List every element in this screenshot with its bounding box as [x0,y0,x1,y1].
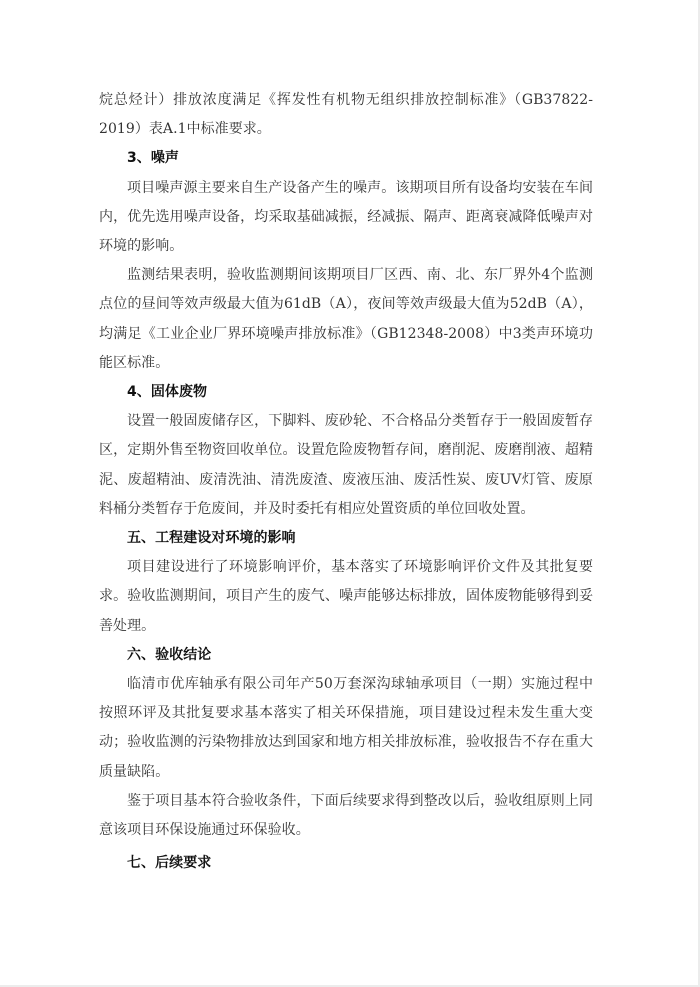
heading-follow-up-requirements: 七、后续要求 [99,849,593,878]
paragraph-noise-source: 项目噪声源主要来自生产设备产生的噪声。该期项目所有设备均安装在车间内，优先选用噪… [99,174,593,262]
paragraph-environmental-impact: 项目建设进行了环境影响评价，基本落实了环境影响评价文件及其批复要求。验收监测期间… [99,553,593,641]
document-page: 烷总烃计）排放浓度满足《挥发性有机物无组织排放控制标准》（GB37822-201… [0,0,700,987]
paragraph-voc-standard: 烷总烃计）排放浓度满足《挥发性有机物无组织排放控制标准》（GB37822-201… [99,86,593,144]
paragraph-acceptance-conclusion: 临清市优库轴承有限公司年产50万套深沟球轴承项目（一期）实施过程中按照环评及其批… [99,670,593,787]
paragraph-noise-monitoring: 监测结果表明，验收监测期间该期项目厂区西、南、北、东厂界外4个监测点位的昼间等效… [99,261,593,378]
heading-environmental-impact: 五、工程建设对环境的影响 [99,524,593,553]
paragraph-solid-waste: 设置一般固废储存区，下脚料、废砂轮、不合格品分类暂存于一般固废暂存区，定期外售至… [99,407,593,524]
paragraph-acceptance-approval: 鉴于项目基本符合验收条件，下面后续要求得到整改以后，验收组原则上同意该项目环保设… [99,787,593,845]
heading-solid-waste: 4、固体废物 [99,378,593,407]
heading-noise: 3、噪声 [99,144,593,173]
document-body: 烷总烃计）排放浓度满足《挥发性有机物无组织排放控制标准》（GB37822-201… [99,86,593,878]
heading-acceptance-conclusion: 六、验收结论 [99,641,593,670]
